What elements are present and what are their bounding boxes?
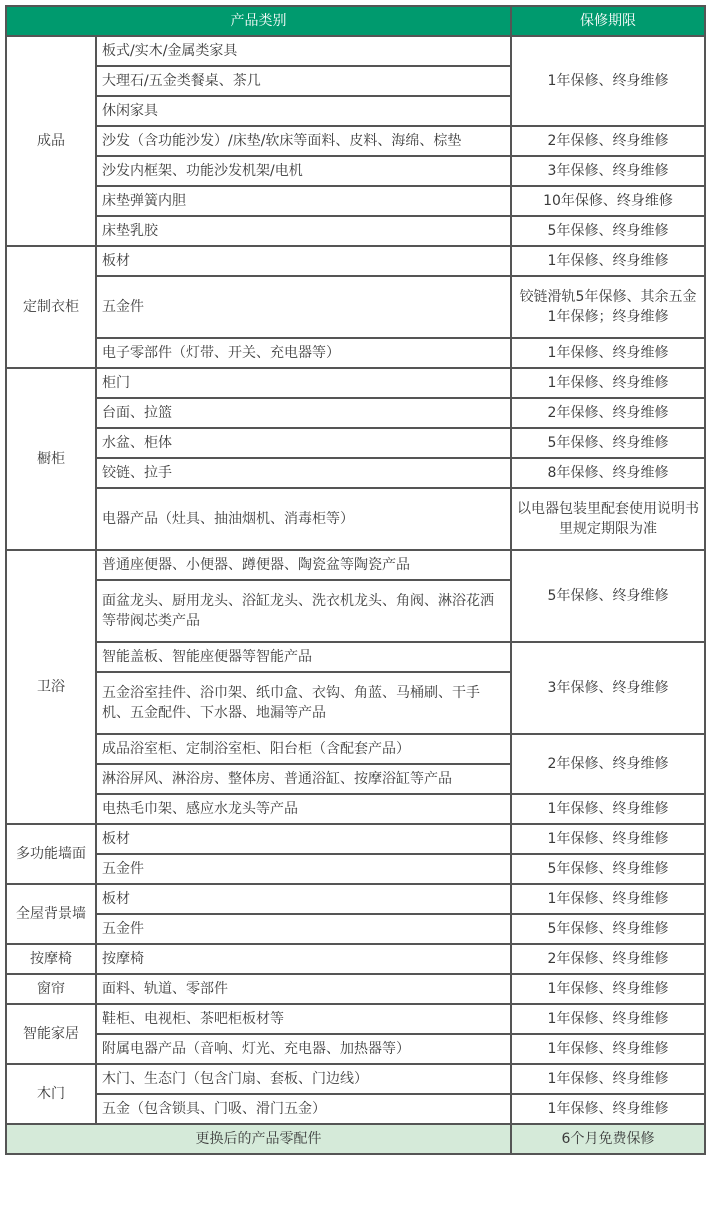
item: 沙发内框架、功能沙发机架/电机 (96, 156, 511, 186)
table-row: 电热毛巾架、感应水龙头等产品1年保修、终身维修 (6, 794, 705, 824)
table-row: 橱柜 柜门 1年保修、终身维修 (6, 368, 705, 398)
period: 1年保修、终身维修 (511, 36, 705, 126)
footer-category: 更换后的产品零配件 (6, 1124, 511, 1154)
period: 5年保修、终身维修 (511, 428, 705, 458)
period: 3年保修、终身维修 (511, 156, 705, 186)
table-row: 定制衣柜 板材 1年保修、终身维修 (6, 246, 705, 276)
item: 休闲家具 (96, 96, 511, 126)
footer-row: 更换后的产品零配件 6个月免费保修 (6, 1124, 705, 1154)
table-row: 五金（包含锁具、门吸、滑门五金）1年保修、终身维修 (6, 1094, 705, 1124)
item: 木门、生态门（包含门扇、套板、门边线） (96, 1064, 511, 1094)
period: 2年保修、终身维修 (511, 126, 705, 156)
period: 2年保修、终身维修 (511, 734, 705, 794)
item: 板式/实木/金属类家具 (96, 36, 511, 66)
item: 床垫乳胶 (96, 216, 511, 246)
group-name: 多功能墙面 (6, 824, 96, 884)
period: 5年保修、终身维修 (511, 216, 705, 246)
group-name: 成品 (6, 36, 96, 246)
item: 柜门 (96, 368, 511, 398)
item: 五金（包含锁具、门吸、滑门五金） (96, 1094, 511, 1124)
period: 5年保修、终身维修 (511, 854, 705, 884)
item: 板材 (96, 824, 511, 854)
item: 面盆龙头、厨用龙头、浴缸龙头、洗衣机龙头、角阀、淋浴花洒等带阀芯类产品 (96, 580, 511, 642)
period: 1年保修、终身维修 (511, 246, 705, 276)
item: 普通座便器、小便器、蹲便器、陶瓷盆等陶瓷产品 (96, 550, 511, 580)
table-row: 五金件5年保修、终身维修 (6, 854, 705, 884)
table-row: 铰链、拉手8年保修、终身维修 (6, 458, 705, 488)
item: 五金件 (96, 914, 511, 944)
period: 1年保修、终身维修 (511, 1094, 705, 1124)
period: 1年保修、终身维修 (511, 338, 705, 368)
table-row: 窗帘 面料、轨道、零部件 1年保修、终身维修 (6, 974, 705, 1004)
item: 附属电器产品（音响、灯光、充电器、加热器等） (96, 1034, 511, 1064)
period: 1年保修、终身维修 (511, 824, 705, 854)
item: 鞋柜、电视柜、茶吧柜板材等 (96, 1004, 511, 1034)
period: 1年保修、终身维修 (511, 1034, 705, 1064)
item: 五金浴室挂件、浴巾架、纸巾盒、衣钩、角蓝、马桶刷、干手机、五金配件、下水器、地漏… (96, 672, 511, 734)
period: 5年保修、终身维修 (511, 550, 705, 642)
table-row: 卫浴 普通座便器、小便器、蹲便器、陶瓷盆等陶瓷产品 5年保修、终身维修 (6, 550, 705, 580)
item: 沙发（含功能沙发）/床垫/软床等面料、皮料、海绵、棕垫 (96, 126, 511, 156)
table-row: 全屋背景墙 板材 1年保修、终身维修 (6, 884, 705, 914)
item: 五金件 (96, 854, 511, 884)
period: 1年保修、终身维修 (511, 884, 705, 914)
table-row: 电子零部件（灯带、开关、充电器等）1年保修、终身维修 (6, 338, 705, 368)
group-name: 定制衣柜 (6, 246, 96, 368)
period: 2年保修、终身维修 (511, 944, 705, 974)
table-row: 五金件铰链滑轨5年保修、其余五金1年保修；终身维修 (6, 276, 705, 338)
period: 1年保修、终身维修 (511, 974, 705, 1004)
table-row: 台面、拉篮2年保修、终身维修 (6, 398, 705, 428)
period: 铰链滑轨5年保修、其余五金1年保修；终身维修 (511, 276, 705, 338)
group-name: 橱柜 (6, 368, 96, 550)
item: 电器产品（灶具、抽油烟机、消毒柜等） (96, 488, 511, 550)
table-row: 成品 板式/实木/金属类家具 1年保修、终身维修 (6, 36, 705, 66)
table-row: 沙发（含功能沙发）/床垫/软床等面料、皮料、海绵、棕垫2年保修、终身维修 (6, 126, 705, 156)
group-name: 按摩椅 (6, 944, 96, 974)
period: 5年保修、终身维修 (511, 914, 705, 944)
header-period: 保修期限 (511, 6, 705, 36)
group-name: 全屋背景墙 (6, 884, 96, 944)
table-row: 附属电器产品（音响、灯光、充电器、加热器等）1年保修、终身维修 (6, 1034, 705, 1064)
period: 8年保修、终身维修 (511, 458, 705, 488)
item: 大理石/五金类餐桌、茶几 (96, 66, 511, 96)
footer-period: 6个月免费保修 (511, 1124, 705, 1154)
period: 3年保修、终身维修 (511, 642, 705, 734)
item: 面料、轨道、零部件 (96, 974, 511, 1004)
period: 1年保修、终身维修 (511, 1064, 705, 1094)
group-name: 木门 (6, 1064, 96, 1124)
table-row: 五金件5年保修、终身维修 (6, 914, 705, 944)
table-row: 智能家居 鞋柜、电视柜、茶吧柜板材等 1年保修、终身维修 (6, 1004, 705, 1034)
item: 台面、拉篮 (96, 398, 511, 428)
table-header-row: 产品类别 保修期限 (6, 6, 705, 36)
table-row: 按摩椅 按摩椅 2年保修、终身维修 (6, 944, 705, 974)
item: 智能盖板、智能座便器等智能产品 (96, 642, 511, 672)
item: 水盆、柜体 (96, 428, 511, 458)
item: 电热毛巾架、感应水龙头等产品 (96, 794, 511, 824)
period: 1年保修、终身维修 (511, 794, 705, 824)
period: 2年保修、终身维修 (511, 398, 705, 428)
group-name: 窗帘 (6, 974, 96, 1004)
table-row: 成品浴室柜、定制浴室柜、阳台柜（含配套产品）2年保修、终身维修 (6, 734, 705, 764)
period: 1年保修、终身维修 (511, 368, 705, 398)
item: 板材 (96, 246, 511, 276)
item: 淋浴屏风、淋浴房、整体房、普通浴缸、按摩浴缸等产品 (96, 764, 511, 794)
item: 五金件 (96, 276, 511, 338)
table-row: 床垫弹簧内胆10年保修、终身维修 (6, 186, 705, 216)
header-category: 产品类别 (6, 6, 511, 36)
group-name: 智能家居 (6, 1004, 96, 1064)
table-row: 木门 木门、生态门（包含门扇、套板、门边线） 1年保修、终身维修 (6, 1064, 705, 1094)
group-name: 卫浴 (6, 550, 96, 824)
warranty-table: 产品类别 保修期限 成品 板式/实木/金属类家具 1年保修、终身维修 大理石/五… (5, 5, 706, 1155)
table-row: 智能盖板、智能座便器等智能产品3年保修、终身维修 (6, 642, 705, 672)
item: 电子零部件（灯带、开关、充电器等） (96, 338, 511, 368)
item: 成品浴室柜、定制浴室柜、阳台柜（含配套产品） (96, 734, 511, 764)
item: 床垫弹簧内胆 (96, 186, 511, 216)
item: 按摩椅 (96, 944, 511, 974)
period: 10年保修、终身维修 (511, 186, 705, 216)
item: 板材 (96, 884, 511, 914)
table-row: 水盆、柜体5年保修、终身维修 (6, 428, 705, 458)
table-row: 沙发内框架、功能沙发机架/电机3年保修、终身维修 (6, 156, 705, 186)
table-row: 床垫乳胶5年保修、终身维修 (6, 216, 705, 246)
table-row: 电器产品（灶具、抽油烟机、消毒柜等）以电器包装里配套使用说明书里规定期限为准 (6, 488, 705, 550)
table-row: 多功能墙面 板材 1年保修、终身维修 (6, 824, 705, 854)
item: 铰链、拉手 (96, 458, 511, 488)
period: 以电器包装里配套使用说明书里规定期限为准 (511, 488, 705, 550)
period: 1年保修、终身维修 (511, 1004, 705, 1034)
